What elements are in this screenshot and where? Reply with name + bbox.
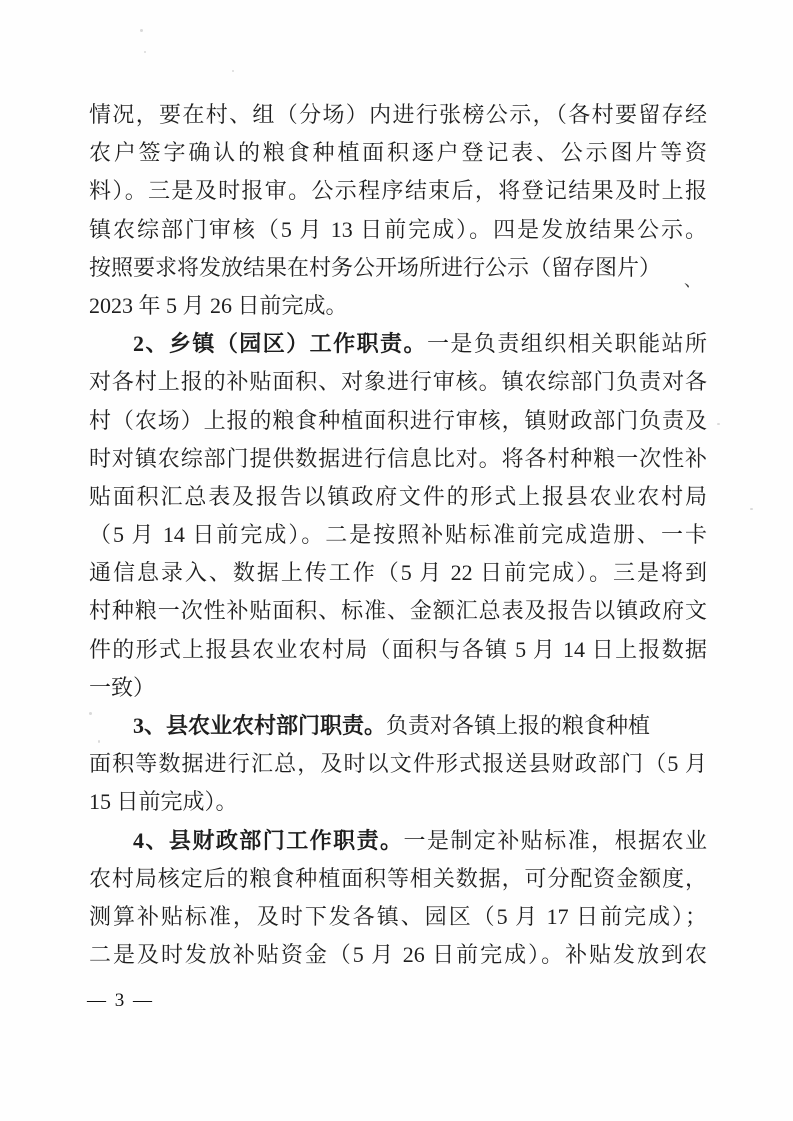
body-text-segment: 镇农综部门审核（5 月 13 日前完成）。四是发放结果公示。 [89,217,707,242]
scan-speck [144,51,146,53]
section-heading-segment: 2、乡镇（园区）工作职责。 [133,331,427,356]
body-text-segment: 农户签字确认的粮食种植面积逐户登记表、公示图片等资 [89,140,707,165]
scan-speck [98,740,100,743]
body-text-segment: 2023 年 5 月 26 日前完成。 [89,293,348,318]
text-line: 村（农场）上报的粮食种植面积进行审核，镇财政部门负责及 [89,402,707,440]
body-text-segment: 一是制定补贴标准，根据农业 [404,828,708,853]
text-line: 2023 年 5 月 26 日前完成。 [89,287,707,325]
page-number: — 3 — [87,990,154,1012]
body-text-segment: 测算补贴标准，及时下发各镇、园区（5 月 17 日前完成）； [89,904,707,929]
text-line: 村种粮一次性补贴面积、标准、金额汇总表及报告以镇政府文 [89,592,707,630]
text-line: 对各村上报的补贴面积、对象进行审核。镇农综部门负责对各 [89,363,707,401]
text-line: 镇农综部门审核（5 月 13 日前完成）。四是发放结果公示。 [89,211,707,249]
body-text-segment: 通信息录入、数据上传工作（5 月 22 日前完成）。三是将到 [89,560,707,585]
body-text-segment: 对各村上报的补贴面积、对象进行审核。镇农综部门负责对各 [89,369,707,394]
body-text-segment: 一致） [89,675,155,700]
scan-speck [232,70,234,72]
section-heading-segment: 4、县财政部门工作职责。 [133,828,404,853]
text-line: 15 日前完成）。 [89,783,707,821]
body-text-segment: 农村局核定后的粮食种植面积等相关数据，可分配资金额度， [89,866,707,891]
text-line: （5 月 14 日前完成）。二是按照补贴标准前完成造册、一卡 [89,516,707,554]
scan-speck [750,508,753,510]
scan-artifact-mark: 、 [684,266,701,291]
body-text-segment: 件的形式上报县农业农村局（面积与各镇 5 月 14 日上报数据 [89,637,707,662]
body-text-segment: 时对镇农综部门提供数据进行信息比对。将各村种粮一次性补 [89,446,707,471]
text-line: 通信息录入、数据上传工作（5 月 22 日前完成）。三是将到 [89,554,707,592]
section-heading-segment: 3、县农业农村部门职责。 [133,713,386,738]
scan-speck [717,423,720,425]
text-line: 二是及时发放补贴资金（5 月 26 日前完成）。补贴发放到农 [89,936,707,974]
text-line: 3、县农业农村部门职责。负责对各镇上报的粮食种植 [89,707,707,745]
scan-speck [89,712,92,715]
text-line: 2、乡镇（园区）工作职责。一是负责组织相关职能站所 [89,325,707,363]
text-line: 情况，要在村、组（分场）内进行张榜公示，（各村要留存经 [89,96,707,134]
scanned-document-page: 情况，要在村、组（分场）内进行张榜公示，（各村要留存经农户签字确认的粮食种植面积… [0,0,793,1121]
scan-speck [140,29,143,32]
body-text-segment: 二是及时发放补贴资金（5 月 26 日前完成）。补贴发放到农 [89,942,707,967]
body-text-segment: 面积等数据进行汇总，及时以文件形式报送县财政部门（5 月 [89,751,707,776]
body-text-segment: 按照要求将发放结果在村务公开场所进行公示（留存图片） [89,255,661,280]
body-text-segment: 情况，要在村、组（分场）内进行张榜公示，（各村要留存经 [89,102,707,127]
document-text-block: 情况，要在村、组（分场）内进行张榜公示，（各村要留存经农户签字确认的粮食种植面积… [89,96,707,974]
text-line: 时对镇农综部门提供数据进行信息比对。将各村种粮一次性补 [89,440,707,478]
body-text-segment: 村种粮一次性补贴面积、标准、金额汇总表及报告以镇政府文 [89,598,707,623]
text-line: 按照要求将发放结果在村务公开场所进行公示（留存图片） [89,249,707,287]
text-line: 测算补贴标准，及时下发各镇、园区（5 月 17 日前完成）； [89,898,707,936]
text-line: 面积等数据进行汇总，及时以文件形式报送县财政部门（5 月 [89,745,707,783]
body-text-segment: 贴面积汇总表及报告以镇政府文件的形式上报县农业农村局 [89,484,707,509]
body-text-segment: （5 月 14 日前完成）。二是按照补贴标准前完成造册、一卡 [89,522,707,547]
body-text-segment: 一是负责组织相关职能站所 [427,331,707,356]
text-line: 农村局核定后的粮食种植面积等相关数据，可分配资金额度， [89,860,707,898]
text-line: 料）。三是及时报审。公示程序结束后，将登记结果及时上报 [89,172,707,210]
body-text-segment: 料）。三是及时报审。公示程序结束后，将登记结果及时上报 [89,178,707,203]
text-line: 4、县财政部门工作职责。一是制定补贴标准，根据农业 [89,822,707,860]
text-line: 一致） [89,669,707,707]
text-line: 农户签字确认的粮食种植面积逐户登记表、公示图片等资 [89,134,707,172]
body-text-segment: 负责对各镇上报的粮食种植 [386,713,650,738]
text-line: 件的形式上报县农业农村局（面积与各镇 5 月 14 日上报数据 [89,631,707,669]
body-text-segment: 村（农场）上报的粮食种植面积进行审核，镇财政部门负责及 [89,408,707,433]
body-text-segment: 15 日前完成）。 [89,789,238,814]
text-line: 贴面积汇总表及报告以镇政府文件的形式上报县农业农村局 [89,478,707,516]
